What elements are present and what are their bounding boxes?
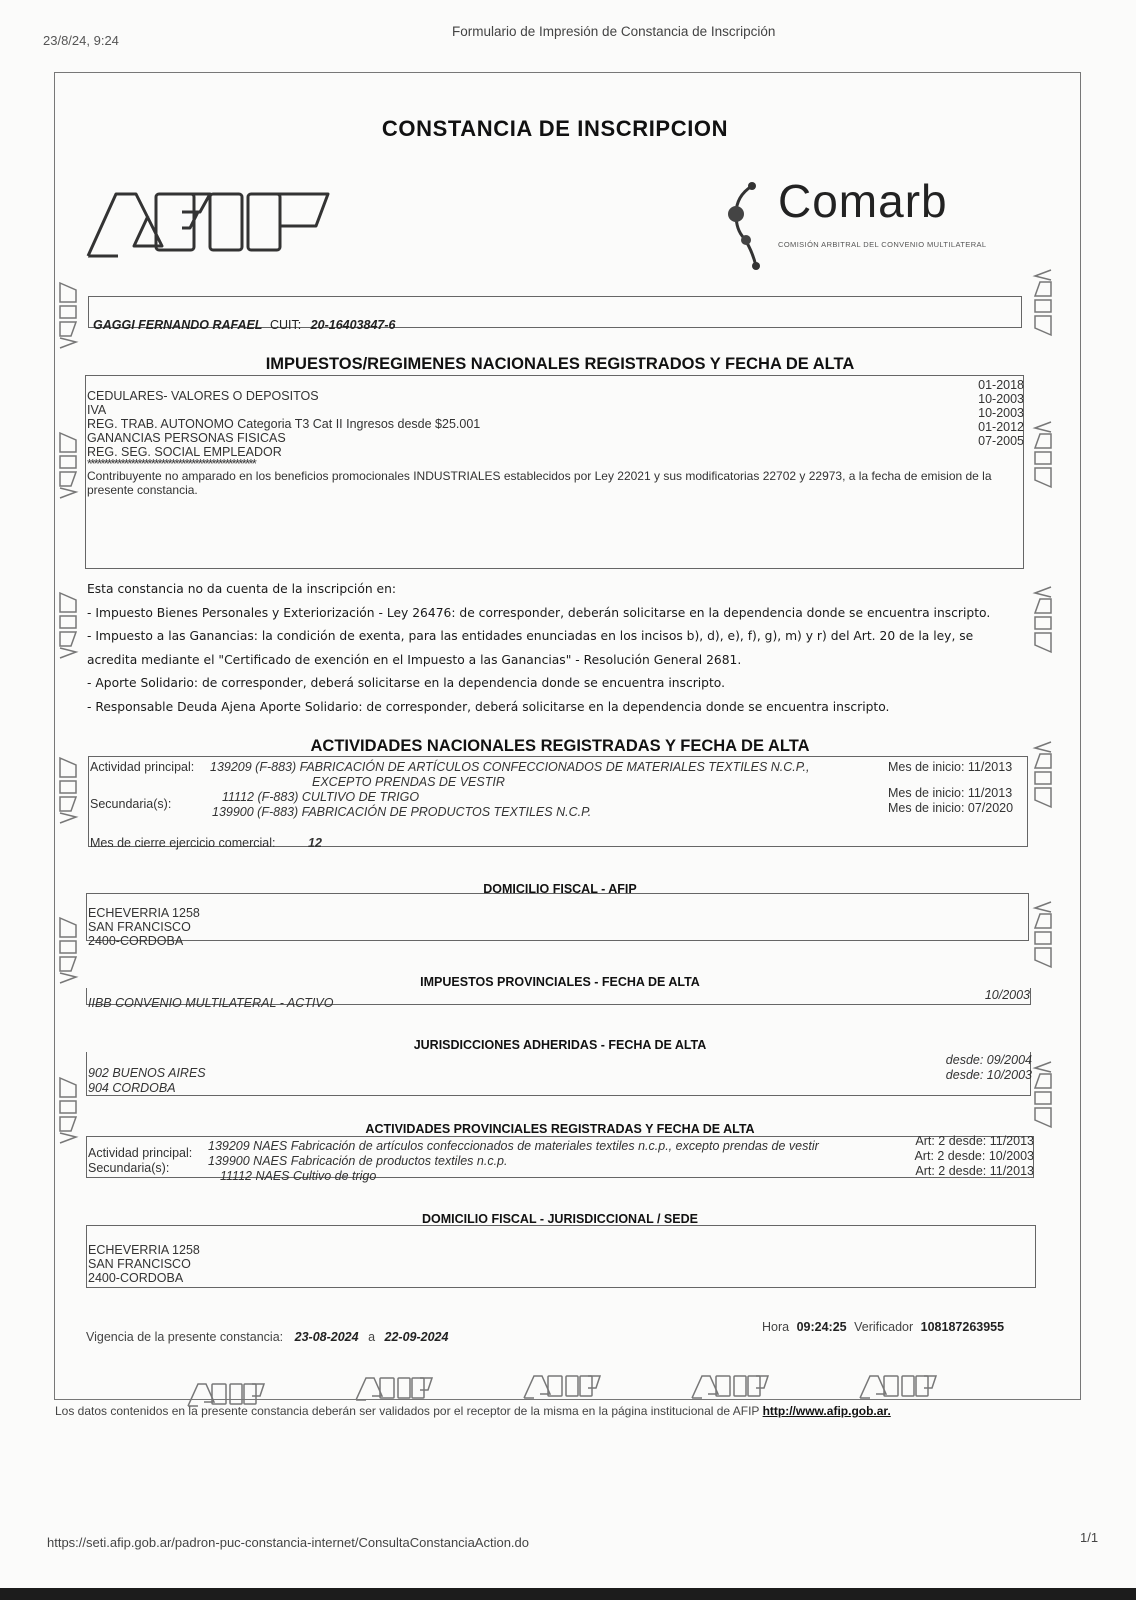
afip-stamp-icon <box>522 1374 602 1400</box>
fiscal-address-jur-heading: DOMICILIO FISCAL - JURISDICCIONAL / SEDE <box>300 1212 820 1226</box>
secondary-label: Secundaria(s): <box>90 797 171 811</box>
jurisdiction-name: 902 BUENOS AIRES <box>88 1066 206 1080</box>
national-taxes-dates: 01-2018 10-2003 10-2003 01-2012 07-2005 <box>900 378 1024 448</box>
jurisdiction-since: desde: 10/2003 <box>880 1068 1032 1082</box>
secondary-activity: 139900 (F-883) FABRICACIÓN DE PRODUCTOS … <box>212 805 591 819</box>
jurisdictions-heading: JURISDICCIONES ADHERIDAS - FECHA DE ALTA <box>310 1038 810 1052</box>
afip-stamp-icon <box>1032 1060 1054 1130</box>
notice-block: Esta constancia no da cuenta de la inscr… <box>87 578 1022 719</box>
afip-stamp-icon <box>57 755 79 825</box>
tax-item: CEDULARES- VALORES O DEPOSITOS <box>87 389 687 403</box>
footer-note: Los datos contenidos en la presente cons… <box>55 1404 891 1418</box>
jurisdiction-name: 904 CORDOBA <box>88 1081 176 1095</box>
comarb-name: Comarb <box>778 174 948 228</box>
cuit-label: CUIT: <box>270 318 301 332</box>
afip-stamp-icon <box>1032 268 1054 338</box>
document-title: CONSTANCIA DE INSCRIPCION <box>0 116 1110 142</box>
tax-date: 10-2003 <box>900 392 1024 406</box>
tax-item: REG. TRAB. AUTONOMO Categoria T3 Cat II … <box>87 417 687 431</box>
validity-label: Vigencia de la presente constancia: <box>86 1330 283 1344</box>
verificador-label: Verificador <box>854 1320 913 1334</box>
document-frame <box>54 72 1081 1400</box>
activity-principal-start: Mes de inicio: 11/2013 <box>888 760 1012 774</box>
prov-activity-since: Art: 2 desde: 11/2013 <box>880 1164 1034 1178</box>
prov-activity: 139209 NAES Fabricación de artículos con… <box>208 1139 819 1153</box>
tax-date: 01-2012 <box>900 420 1024 434</box>
address-line: 2400-CORDOBA <box>88 1271 200 1285</box>
verificador-value: 108187263955 <box>921 1320 1004 1334</box>
afip-logo-icon <box>86 190 336 260</box>
print-page-title: Formulario de Impresión de Constancia de… <box>452 24 775 39</box>
print-url: https://seti.afip.gob.ar/padron-puc-cons… <box>47 1535 529 1550</box>
tax-item: IVA <box>87 403 687 417</box>
notice-item: - Responsable Deuda Ajena Aporte Solidar… <box>87 696 1022 720</box>
address-line: 2400-CORDOBA <box>88 934 200 948</box>
print-page-number: 1/1 <box>1080 1530 1098 1545</box>
afip-stamp-icon <box>354 1376 434 1402</box>
hora-label: Hora <box>762 1320 789 1334</box>
comarb-network-icon <box>722 178 772 274</box>
afip-stamp-icon <box>858 1374 938 1400</box>
verification-line: Hora 09:24:25 Verificador 108187263955 <box>762 1320 1004 1334</box>
fiscal-address-jur-box <box>86 1225 1036 1288</box>
tax-date: 10-2003 <box>900 406 1024 420</box>
activity-principal-cont: EXCEPTO PRENDAS DE VESTIR <box>312 775 505 789</box>
afip-stamp-icon <box>57 280 79 350</box>
afip-stamp-icon <box>57 1075 79 1145</box>
secondary-activity: 11112 (F-883) CULTIVO DE TRIGO <box>222 790 419 804</box>
fiscal-close-label: Mes de cierre ejercicio comercial: <box>90 836 275 850</box>
industrial-benefits-note: Contribuyente no amparado en los benefic… <box>87 469 1007 497</box>
validity-line: Vigencia de la presente constancia: 23-0… <box>86 1330 448 1344</box>
provincial-activities-heading: ACTIVIDADES PROVINCIALES REGISTRADAS Y F… <box>270 1122 850 1136</box>
afip-stamp-icon <box>57 915 79 985</box>
tax-date: 01-2018 <box>900 378 1024 392</box>
cuit-value: 20-16403847-6 <box>311 318 396 332</box>
prov-secondary-label: Secundaria(s): <box>88 1161 169 1175</box>
notice-intro: Esta constancia no da cuenta de la inscr… <box>87 578 1022 602</box>
tax-date: 07-2005 <box>900 434 1024 448</box>
afip-stamp-icon <box>57 430 79 500</box>
activity-principal: 139209 (F-883) FABRICACIÓN DE ARTÍCULOS … <box>210 760 809 774</box>
fiscal-address-afip-box <box>86 893 1029 941</box>
fiscal-address-afip: ECHEVERRIA 1258 SAN FRANCISCO 2400-CORDO… <box>88 906 200 948</box>
afip-stamp-icon <box>1032 900 1054 970</box>
jurisdiction-since: desde: 09/2004 <box>880 1053 1032 1067</box>
afip-website-link[interactable]: http://www.afip.gob.ar. <box>763 1404 891 1418</box>
national-taxes-list: CEDULARES- VALORES O DEPOSITOS IVA REG. … <box>87 389 687 469</box>
provincial-tax-date: 10/2003 <box>900 988 1030 1002</box>
bottom-edge <box>0 1588 1136 1600</box>
validity-sep: a <box>368 1330 375 1344</box>
taxpayer-line: GAGGI FERNANDO RAFAEL CUIT: 20-16403847-… <box>93 318 395 332</box>
address-line: SAN FRANCISCO <box>88 920 200 934</box>
afip-stamp-icon <box>1032 740 1054 810</box>
prov-principal-label: Actividad principal: <box>88 1146 192 1160</box>
afip-stamp-icon <box>57 590 79 660</box>
footer-note-text: Los datos contenidos en la presente cons… <box>55 1404 759 1418</box>
prov-activity-since: Art: 2 desde: 10/2003 <box>880 1149 1034 1163</box>
national-activities-heading: ACTIVIDADES NACIONALES REGISTRADAS Y FEC… <box>150 737 970 756</box>
address-line: ECHEVERRIA 1258 <box>88 906 200 920</box>
afip-stamp-icon <box>1032 420 1054 490</box>
tax-item: GANANCIAS PERSONAS FISICAS <box>87 431 687 445</box>
activity-principal-label: Actividad principal: <box>90 760 194 774</box>
prov-activity: 139900 NAES Fabricación de productos tex… <box>208 1154 507 1168</box>
address-line: SAN FRANCISCO <box>88 1257 200 1271</box>
secondary-start: Mes de inicio: 11/2013 <box>888 786 1012 800</box>
afip-stamp-icon <box>690 1374 770 1400</box>
notice-item: - Impuesto a las Ganancias: la condición… <box>87 625 1022 672</box>
address-line: ECHEVERRIA 1258 <box>88 1243 200 1257</box>
provincial-tax-item: IIBB CONVENIO MULTILATERAL - ACTIVO <box>88 996 333 1010</box>
validity-from: 23-08-2024 <box>295 1330 359 1344</box>
taxpayer-name: GAGGI FERNANDO RAFAEL <box>93 318 262 332</box>
fiscal-close-value: 12 <box>308 836 322 850</box>
print-datetime: 23/8/24, 9:24 <box>43 33 119 48</box>
comarb-subtitle: COMISIÓN ARBITRAL DEL CONVENIO MULTILATE… <box>778 240 987 249</box>
notice-item: - Aporte Solidario: de corresponder, deb… <box>87 672 1022 696</box>
national-taxes-heading: IMPUESTOS/REGIMENES NACIONALES REGISTRAD… <box>150 355 970 374</box>
prov-activity-since: Art: 2 desde: 11/2013 <box>880 1134 1034 1148</box>
afip-stamp-icon <box>1032 585 1054 655</box>
separator: ****************************************… <box>87 459 687 469</box>
secondary-start: Mes de inicio: 07/2020 <box>888 801 1013 815</box>
hora-value: 09:24:25 <box>797 1320 847 1334</box>
afip-logo <box>86 190 336 265</box>
validity-to: 22-09-2024 <box>385 1330 449 1344</box>
fiscal-address-jur: ECHEVERRIA 1258 SAN FRANCISCO 2400-CORDO… <box>88 1243 200 1285</box>
notice-item: - Impuesto Bienes Personales y Exteriori… <box>87 602 1022 626</box>
prov-activity: 11112 NAES Cultivo de trigo <box>220 1169 376 1183</box>
provincial-taxes-heading: IMPUESTOS PROVINCIALES - FECHA DE ALTA <box>310 975 810 989</box>
